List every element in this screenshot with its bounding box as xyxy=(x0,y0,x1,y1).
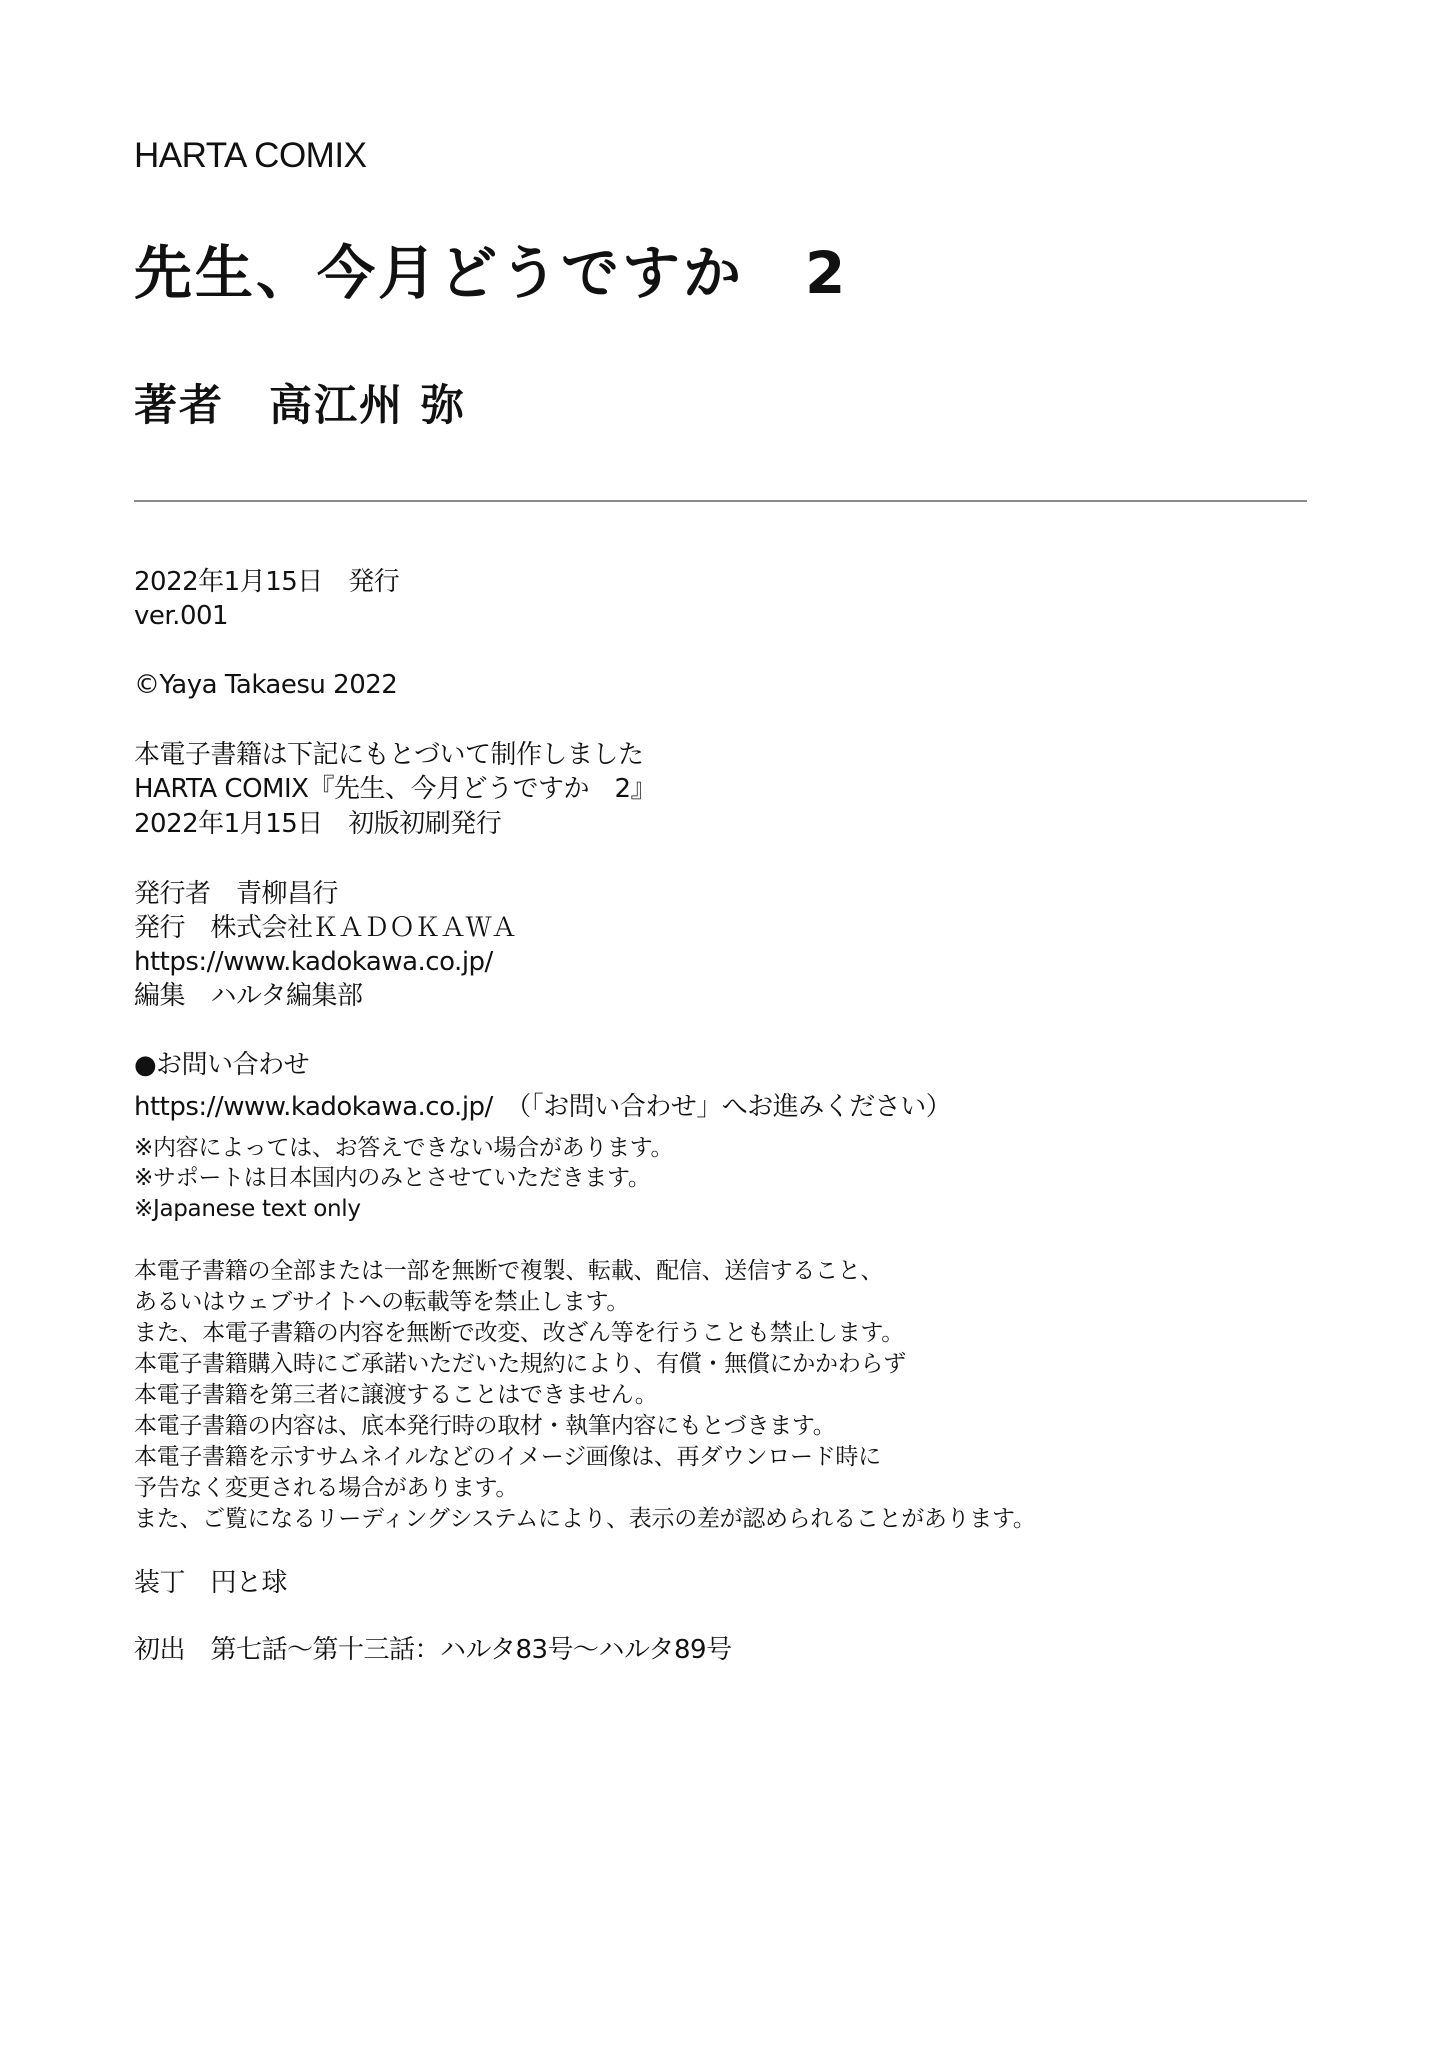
divider xyxy=(134,500,1307,502)
legal-line: 本電子書籍の全部または一部を無断で複製、転載、配信、送信すること、 xyxy=(134,1260,883,1283)
inquiry-note: ※Japanese text only xyxy=(134,1198,361,1221)
source-edition-line: HARTA COMIX『先生、今月どうですか 2』 xyxy=(134,776,656,802)
publisher-line: 発行 株式会社ＫＡＤＯＫＡＷＡ xyxy=(134,915,517,941)
legal-line: あるいはウェブサイトへの転載等を禁止します。 xyxy=(134,1291,629,1314)
source-edition-line: 2022年1月15日 初版初刷発行 xyxy=(134,811,501,837)
copyright-notice: ©Yaya Takaesu 2022 xyxy=(134,672,397,698)
first-appearance-credit: 初出 第七話～第十三話：ハルタ83号～ハルタ89号 xyxy=(134,1637,732,1663)
legal-line: 予告なく変更される場合があります。 xyxy=(134,1477,518,1500)
design-credit: 装丁 円と球 xyxy=(134,1570,287,1596)
legal-line: 本電子書籍購入時にご承諾いただいた規約により、有償・無償にかかわらず xyxy=(134,1353,906,1376)
book-title: 先生、今月どうですか 2 xyxy=(134,244,848,302)
inquiry-url-link[interactable]: https://www.kadokawa.co.jp/ （「お問い合わせ」へお進… xyxy=(134,1094,951,1120)
legal-line: また、ご覧になるリーディングシステムにより、表示の差が認められることがあります。 xyxy=(134,1508,1036,1531)
legal-line: また、本電子書籍の内容を無断で改変、改ざん等を行うことも禁止します。 xyxy=(134,1322,904,1345)
inquiry-note: ※サポートは日本国内のみとさせていただきます。 xyxy=(134,1167,651,1190)
version-label: ver.001 xyxy=(134,603,228,629)
legal-line: 本電子書籍を示すサムネイルなどのイメージ画像は、再ダウンロード時に xyxy=(134,1446,881,1469)
publisher-line: 発行者 青柳昌行 xyxy=(134,881,338,907)
inquiry-note: ※内容によっては、お答えできない場合があります。 xyxy=(134,1137,673,1160)
imprint-label: HARTA COMIX xyxy=(134,138,366,173)
publisher-url-link[interactable]: https://www.kadokawa.co.jp/ xyxy=(134,949,493,975)
author-line: 著者 高江州 弥 xyxy=(134,385,466,428)
publication-date: 2022年1月15日 発行 xyxy=(134,569,399,595)
source-edition-line: 本電子書籍は下記にもとづいて制作しました xyxy=(134,742,643,768)
legal-line: 本電子書籍を第三者に譲渡することはできません。 xyxy=(134,1384,657,1407)
legal-line: 本電子書籍の内容は、底本発行時の取材・執筆内容にもとづきます。 xyxy=(134,1415,835,1438)
inquiry-heading: ●お問い合わせ xyxy=(134,1052,309,1078)
publisher-line: 編集 ハルタ編集部 xyxy=(134,983,362,1009)
